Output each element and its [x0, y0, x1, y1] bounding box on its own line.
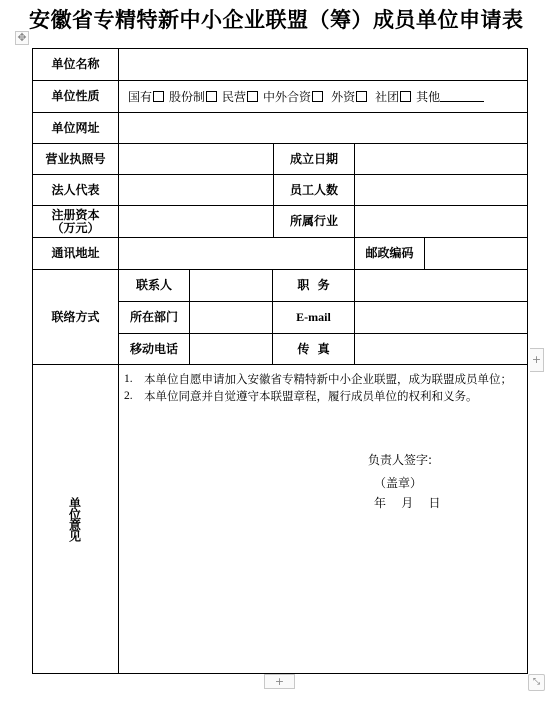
statement-item: 1. 本单位自愿申请加入安徽省专精特新中小企业联盟，成为联盟成员单位； [124, 371, 512, 388]
statement-text: 本单位自愿申请加入安徽省专精特新中小企业联盟，成为联盟成员单位； [144, 371, 512, 388]
email-field[interactable] [355, 302, 527, 333]
department-label: 所在部门 [119, 302, 189, 333]
document-title: 安徽省专精特新中小企业联盟（筹）成员单位申请表 [29, 4, 524, 34]
divider [527, 48, 528, 674]
move-icon[interactable]: ✥ [15, 31, 29, 45]
other-blank-field[interactable] [440, 90, 484, 102]
legal-rep-label: 法人代表 [33, 175, 118, 205]
checkbox[interactable] [312, 91, 323, 102]
capital-label-line2: （万元） [51, 222, 99, 235]
opinion-statements: 1. 本单位自愿申请加入安徽省专精特新中小企业联盟，成为联盟成员单位； 2. 本… [124, 371, 512, 405]
option-private[interactable]: 民营 [222, 88, 258, 105]
mobile-field[interactable] [190, 334, 272, 364]
capital-label-line1: 注册资本 [51, 209, 99, 222]
website-field[interactable] [119, 113, 527, 143]
unit-name-field[interactable] [119, 49, 527, 80]
fax-field[interactable] [355, 334, 527, 364]
option-association[interactable]: 社团 [375, 88, 411, 105]
address-label: 通讯地址 [33, 238, 118, 269]
option-label: 国有 [128, 88, 152, 105]
statement-number: 1. [124, 371, 144, 388]
address-field[interactable] [119, 238, 354, 269]
add-row-button[interactable]: + [264, 674, 295, 689]
mobile-label: 移动电话 [119, 334, 189, 364]
legal-rep-field[interactable] [119, 175, 273, 205]
website-label: 单位网址 [33, 113, 118, 143]
unit-nature-label: 单位性质 [33, 81, 118, 112]
checkbox[interactable] [153, 91, 164, 102]
option-label: 其他 [416, 88, 440, 105]
postcode-label: 邮政编码 [355, 238, 424, 269]
unit-nature-options: 国有 股份制 民营 中外合资 外资 社团 其他 [128, 80, 489, 112]
contact-person-label: 联系人 [119, 270, 189, 301]
capital-label: 注册资本 （万元） [33, 206, 118, 237]
checkbox[interactable] [247, 91, 258, 102]
option-label: 民营 [222, 88, 246, 105]
option-other[interactable]: 其他 [416, 88, 484, 105]
position-label: 职 务 [273, 270, 354, 301]
license-label: 营业执照号 [33, 144, 118, 174]
checkbox[interactable] [356, 91, 367, 102]
option-foreign[interactable]: 外资 [331, 88, 367, 105]
license-field[interactable] [119, 144, 273, 174]
contact-group-label: 联络方式 [33, 270, 118, 364]
checkbox[interactable] [206, 91, 217, 102]
statement-item: 2. 本单位同意并自觉遵守本联盟章程，履行成员单位的权利和义务。 [124, 388, 512, 405]
option-label: 社团 [375, 88, 399, 105]
position-field[interactable] [355, 270, 527, 301]
add-column-button[interactable]: + [530, 348, 544, 372]
signature-label: 负责人签字: [368, 451, 432, 468]
option-state-owned[interactable]: 国有 [128, 88, 164, 105]
employees-label: 员工人数 [274, 175, 354, 205]
resize-handle-icon[interactable]: ⤡ [528, 674, 545, 691]
seal-label: （盖章） [374, 474, 422, 491]
date-label: 年 月 日 [374, 494, 441, 511]
option-label: 中外合资 [263, 88, 311, 105]
email-label: E-mail [273, 302, 354, 333]
statement-text: 本单位同意并自觉遵守本联盟章程，履行成员单位的权利和义务。 [144, 388, 478, 405]
founded-field[interactable] [355, 144, 527, 174]
unit-name-label: 单位名称 [33, 49, 118, 80]
checkbox[interactable] [400, 91, 411, 102]
opinion-label-text: 单位意见 [67, 497, 84, 541]
capital-field[interactable] [119, 206, 273, 237]
employees-field[interactable] [355, 175, 527, 205]
fax-label: 传 真 [273, 334, 354, 364]
option-label: 外资 [331, 88, 355, 105]
postcode-field[interactable] [425, 238, 527, 269]
department-field[interactable] [190, 302, 272, 333]
statement-number: 2. [124, 388, 144, 405]
opinion-label: 单位意见 [32, 364, 118, 674]
industry-label: 所属行业 [274, 206, 354, 237]
option-sino-foreign[interactable]: 中外合资 [263, 88, 323, 105]
industry-field[interactable] [355, 206, 527, 237]
option-label: 股份制 [169, 88, 205, 105]
option-joint-stock[interactable]: 股份制 [169, 88, 217, 105]
founded-label: 成立日期 [274, 144, 354, 174]
contact-person-field[interactable] [190, 270, 272, 301]
